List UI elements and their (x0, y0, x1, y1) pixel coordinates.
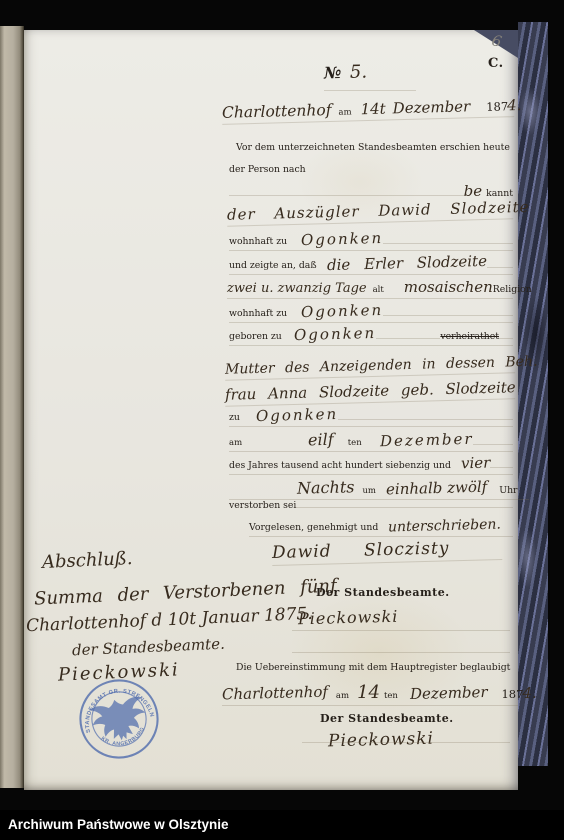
rule-line (229, 194, 464, 196)
abschluss-line: Abschluß. (42, 548, 133, 573)
identity-line: be kannt (229, 182, 513, 200)
month-handwritten: Dezember (410, 683, 488, 703)
registrar-label-bottom: Der Standesbeamte. (320, 712, 454, 725)
wohnhaft-zu-label: wohnhaft zu (229, 308, 287, 319)
identity-handwritten: be (464, 182, 482, 200)
residence-handwritten: Ogonken (301, 301, 384, 321)
relation-line: Mutter des Anzeigenden in dessen Beh. (225, 354, 515, 381)
registrar-label-printed: Der Standesbeamte. (316, 586, 450, 599)
death-day-handwritten: eilf (308, 430, 334, 450)
rule-line (490, 466, 513, 468)
rule-line (296, 506, 513, 508)
age-religion-line: zwei u. zwanzig Tage alt mosaischen Reli… (227, 278, 513, 299)
year-handwritten: 4. (522, 684, 536, 702)
death-place-handwritten: Ogonken (256, 405, 339, 425)
declarant-signature: Dawid Sloczisty (272, 537, 503, 566)
rule-line (292, 652, 510, 653)
rule-line (302, 742, 510, 743)
birthplace-handwritten: Ogonken (294, 324, 377, 344)
rule-line (383, 314, 513, 316)
closing-date-line: Charlottenhof d 10t Januar 1875. (26, 604, 313, 636)
death-year-line: des Jahres tausend acht hundert siebenzi… (229, 454, 513, 475)
rule-line (292, 630, 510, 631)
archive-watermark-bar: Archiwum Państwowe w Olsztynie (0, 810, 564, 840)
record-date-line: Charlottenhof am 14t Dezember 187 4. (222, 96, 514, 125)
declarant-residence-line: wohnhaft zu Ogonken (229, 230, 513, 251)
deceased-residence-line: wohnhaft zu Ogonken (229, 302, 513, 323)
rule-line (487, 266, 513, 268)
alt-label: alt (373, 285, 384, 295)
uhr-label: Uhr (499, 485, 517, 496)
rule-line (338, 418, 513, 420)
am-label: am (336, 691, 349, 701)
record-number-symbol: № (324, 63, 342, 82)
marbled-binding (518, 22, 548, 766)
registrar-label-handwritten: der Standesbeamte. (72, 635, 225, 660)
geboren-zu-label: geboren zu (229, 331, 282, 342)
month-handwritten: Dezember (392, 97, 470, 117)
certification-date-line: Charlottenhof am 14 ten Dezember 187 4. (222, 682, 518, 706)
registrar-signature-right: Pieckowski (298, 607, 399, 629)
rule-line (376, 337, 440, 339)
day-handwritten: 14t (360, 100, 386, 119)
book-cover-edge (0, 26, 24, 788)
place-handwritten: Charlottenhof (222, 101, 332, 122)
year-printed: 187 (486, 99, 508, 114)
mother-name-line: frau Anna Slodzeite geb. Slodzeite (225, 378, 515, 407)
ten-label: ten (348, 438, 362, 448)
am-label: am (229, 438, 242, 448)
death-time-line: Nachts um einhalb zwölf Uhr (229, 478, 529, 500)
declarant-line: der Auszügler Dawid Slodzeite (227, 198, 513, 226)
year-words-label: des Jahres tausend acht hundert siebenzi… (229, 460, 451, 471)
deceased-handwritten: die Erler Slodzeite (326, 252, 486, 274)
record-number: № 5. (324, 61, 368, 83)
verstorben-line: verstorben sei (229, 500, 513, 511)
archive-name: Archiwum Państwowe w Olsztynie (8, 817, 229, 832)
vorgelesen-line: Vorgelesen, genehmigt und unterschrieben… (249, 518, 513, 537)
am-label: am (338, 107, 351, 117)
registrar-signature-bottom: Pieckowski (328, 729, 435, 752)
corner-letter: C. (488, 56, 504, 71)
rule-line (383, 242, 513, 244)
unterschrieben-handwritten: unterschrieben. (388, 517, 501, 536)
residence-handwritten: Ogonken (301, 229, 384, 249)
intro-line: Vor dem unterzeichneten Standesbeamten e… (236, 142, 510, 153)
ten-label: ten (384, 691, 398, 701)
death-place-line: zu Ogonken (229, 406, 513, 427)
birthplace-line: geboren zu Ogonken verheirathet (229, 325, 513, 346)
zu-label: zu (229, 412, 240, 423)
wohnhaft-zu-label: wohnhaft zu (229, 236, 287, 247)
age-handwritten: zwei u. zwanzig Tage (227, 281, 367, 296)
rule-line (324, 90, 416, 91)
certification-line: Die Uebereinstimmung mit dem Hauptregist… (236, 662, 510, 673)
place-handwritten: Charlottenhof (222, 683, 328, 704)
verheirathet-struck-label: verheirathet (440, 331, 499, 342)
zeigte-an-label: und zeigte an, daß (229, 260, 317, 271)
day-handwritten: 14 (357, 682, 380, 703)
report-line: und zeigte an, daß die Erler Slodzeite (229, 254, 513, 275)
registrar-stamp: • STANDESAMT GR. STRENGELN • KR. ANGERBU… (69, 669, 168, 768)
record-number-value: 5. (350, 61, 368, 82)
um-label: um (362, 486, 376, 496)
scanned-register-photo: 6 C. № 5. Charlottenhof am 14t Dezember … (0, 0, 564, 840)
religion-label: Religion (493, 284, 532, 295)
rule-line (473, 443, 513, 445)
vorgelesen-label: Vorgelesen, genehmigt und (249, 522, 378, 533)
time-handwritten-a: Nachts (297, 477, 355, 497)
death-month-handwritten: Dezember (379, 430, 473, 450)
year-word-handwritten: vier (461, 454, 491, 473)
year-handwritten: 4. (507, 96, 522, 114)
religion-handwritten: mosaischen (404, 278, 493, 296)
document-page: 6 C. № 5. Charlottenhof am 14t Dezember … (24, 30, 518, 790)
time-handwritten-b: einhalb zwölf (386, 478, 488, 499)
year-printed: 187 (501, 687, 523, 701)
identity-label: der Person nach (229, 164, 306, 175)
rule-line (499, 337, 513, 339)
death-date-line: am eilf ten Dezember (229, 430, 513, 452)
